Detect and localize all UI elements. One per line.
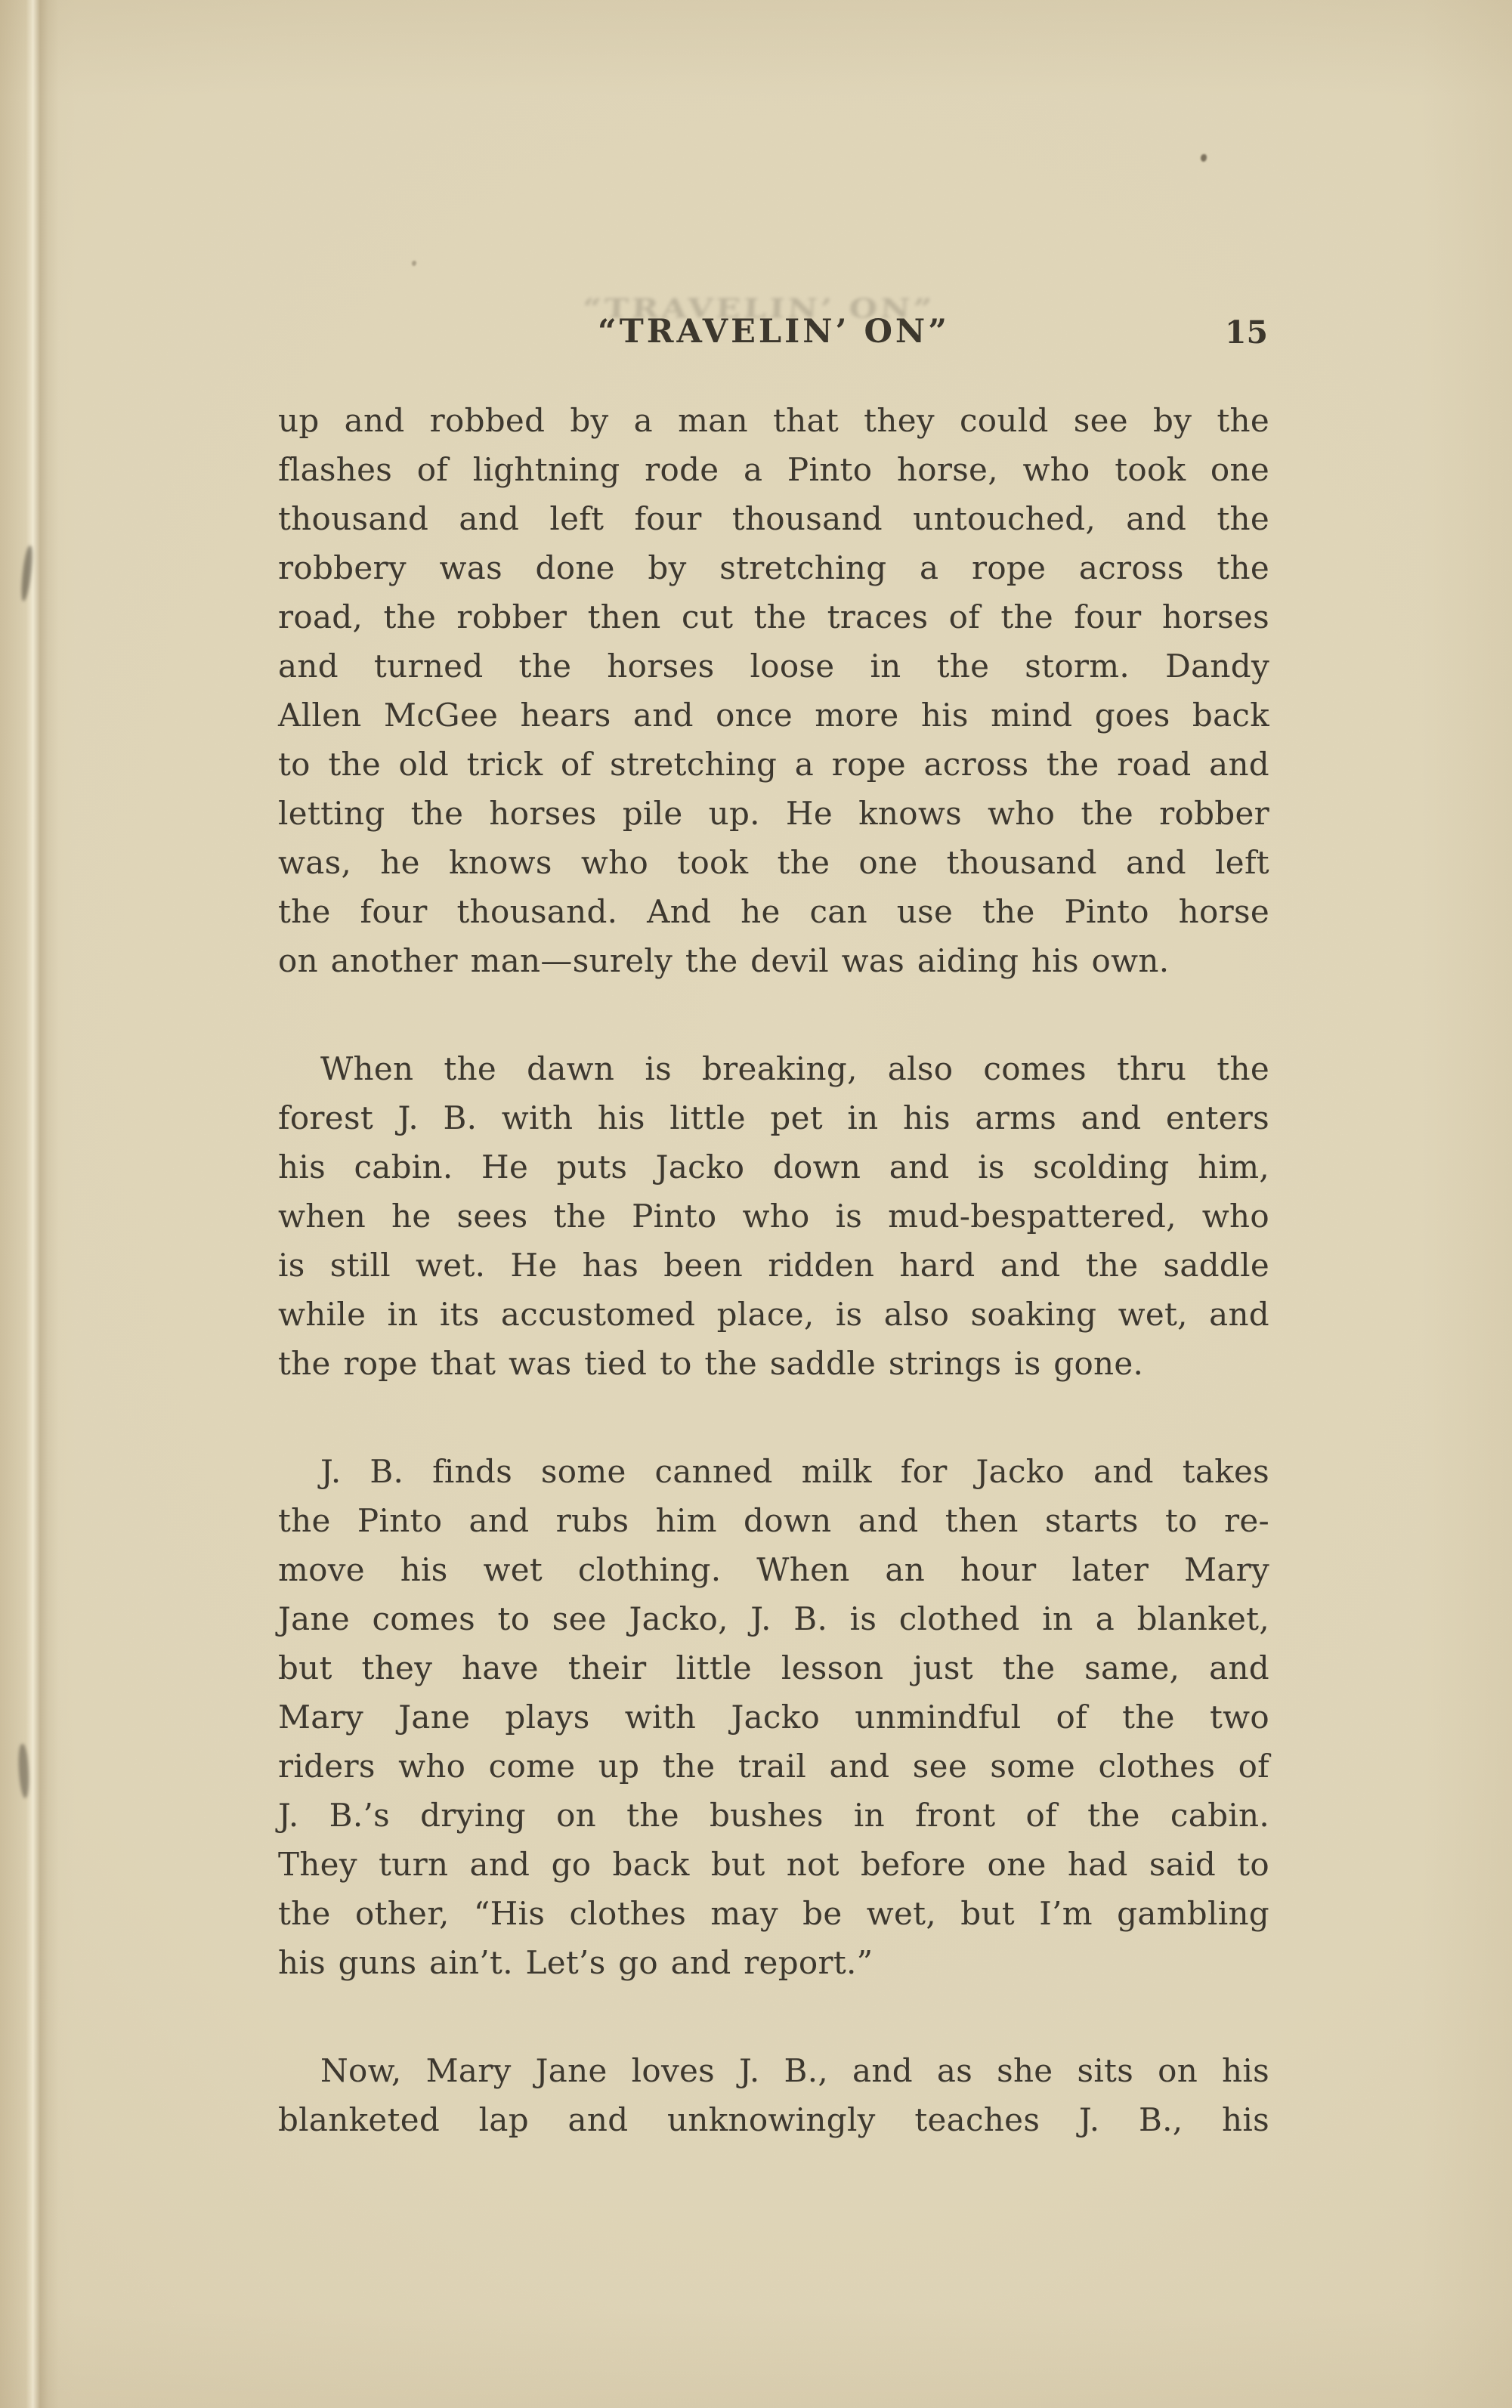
text-line: is still wet. He has been ridden hard an… (278, 1241, 1269, 1290)
paragraph: up and robbed by a man that they could s… (278, 396, 1269, 985)
text-line: J. B. finds some canned milk for Jacko a… (278, 1447, 1269, 1496)
paragraph: When the dawn is breaking, also comes th… (278, 1044, 1269, 1388)
text-line: Mary Jane plays with Jacko unmindful of … (278, 1692, 1269, 1742)
text-line: was, he knows who took the one thousand … (278, 838, 1269, 887)
page-body: up and robbed by a man that they could s… (278, 396, 1269, 2144)
text-line: the Pinto and rubs him down and then sta… (278, 1496, 1269, 1545)
text-line: but they have their little lesson just t… (278, 1643, 1269, 1692)
text-line: They turn and go back but not before one… (278, 1840, 1269, 1889)
text-line: When the dawn is breaking, also comes th… (278, 1044, 1269, 1093)
text-line: the rope that was tied to the saddle str… (278, 1339, 1269, 1388)
paper-blemish (1201, 154, 1207, 162)
text-line: Allen McGee hears and once more his mind… (278, 691, 1269, 740)
text-line: thousand and left four thousand untouche… (278, 494, 1269, 543)
text-line: to the old trick of stretching a rope ac… (278, 740, 1269, 789)
paper-blemish (20, 546, 34, 602)
book-page: { "document": { "header": { "title": "\u… (0, 0, 1512, 2408)
text-line: Jane comes to see Jacko, J. B. is clothe… (278, 1594, 1269, 1643)
paper-blemish (17, 1744, 31, 1799)
text-line: and turned the horses loose in the storm… (278, 641, 1269, 691)
text-line: the other, “His clothes may be wet, but … (278, 1889, 1269, 1938)
text-line: Now, Mary Jane loves J. B., and as she s… (278, 2046, 1269, 2095)
text-line: move his wet clothing. When an hour late… (278, 1545, 1269, 1594)
paragraph: J. B. finds some canned milk for Jacko a… (278, 1447, 1269, 1987)
text-line: the four thousand. And he can use the Pi… (278, 887, 1269, 936)
text-line: while in its accustomed place, is also s… (278, 1290, 1269, 1339)
running-head: “TRAVELIN’ ON” “TRAVELIN’ ON” 15 (278, 313, 1269, 358)
text-line: when he sees the Pinto who is mud-bespat… (278, 1192, 1269, 1241)
page-crease (0, 0, 59, 2408)
text-line: on another man—surely the devil was aidi… (278, 936, 1269, 985)
text-line: J. B.’s drying on the bushes in front of… (278, 1791, 1269, 1840)
text-line: riders who come up the trail and see som… (278, 1742, 1269, 1791)
text-line: letting the horses pile up. He knows who… (278, 789, 1269, 838)
page-title: “TRAVELIN’ ON” (278, 313, 1269, 351)
text-line: up and robbed by a man that they could s… (278, 396, 1269, 445)
text-line: forest J. B. with his little pet in his … (278, 1093, 1269, 1142)
text-line: robbery was done by stretching a rope ac… (278, 543, 1269, 592)
paper-blemish (412, 261, 416, 266)
text-line: road, the robber then cut the traces of … (278, 592, 1269, 641)
text-line: flashes of lightning rode a Pinto horse,… (278, 445, 1269, 494)
page-number: 15 (1225, 314, 1268, 351)
paragraph: Now, Mary Jane loves J. B., and as she s… (278, 2046, 1269, 2144)
text-line: blanketed lap and unknowingly teaches J.… (278, 2095, 1269, 2144)
text-line: his guns ain’t. Let’s go and report.” (278, 1938, 1269, 1987)
text-line: his cabin. He puts Jacko down and is sco… (278, 1142, 1269, 1192)
